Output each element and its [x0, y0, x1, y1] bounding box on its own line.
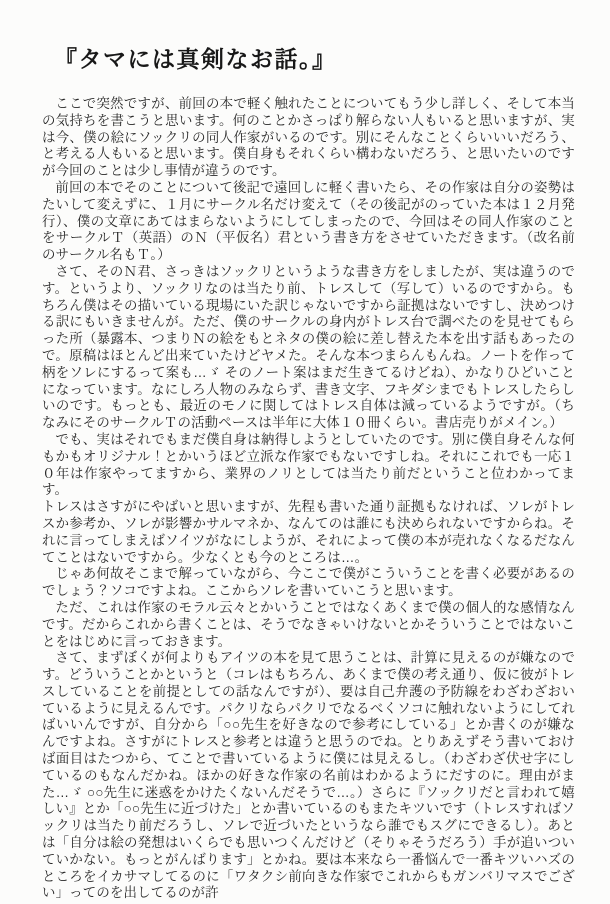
page-content: 『タマには真剣なお話。』 ここで突然ですが、前回の本で軽く触れたことについてもう… [42, 44, 575, 902]
page-title: 『タマには真剣なお話。』 [54, 44, 575, 74]
paragraph: でも、実はそれでもまだ僕自身は納得しようとしていたのです。別に僕自身そんな何もか… [42, 432, 575, 499]
paragraph: さて、そのＮ君、さっきはソックリというような書き方をしましたが、実は違うのです。… [42, 264, 575, 432]
paragraph: 前回の本でそのことについて後記で遠回しに軽く書いたら、その作家は自分の姿勢はたい… [42, 180, 575, 264]
scanned-document-page: 『タマには真剣なお話。』 ここで突然ですが、前回の本で軽く触れたことについてもう… [0, 0, 610, 904]
paragraph: ここで突然ですが、前回の本で軽く触れたことについてもう少し詳しく、そして本当の気… [42, 96, 575, 180]
paragraph: さて、まずぼくが何よりもアイツの本を見て思うことは、計算に見えるのが嫌なのです。… [42, 650, 575, 902]
body-text: ここで突然ですが、前回の本で軽く触れたことについてもう少し詳しく、そして本当の気… [42, 96, 575, 902]
paragraph: じゃあ何故そこまで解っていながら、今ここで僕がこういうことを書く必要があるのでし… [42, 566, 575, 600]
paragraph: トレスはさすがにやばいと思いますが、先程も書いた通り証拠もなければ、ソレがトレス… [42, 499, 575, 566]
paragraph: ただ、これは作家のモラル云々とかいうことではなくあくまで僕の個人的な感情なんです… [42, 600, 575, 650]
